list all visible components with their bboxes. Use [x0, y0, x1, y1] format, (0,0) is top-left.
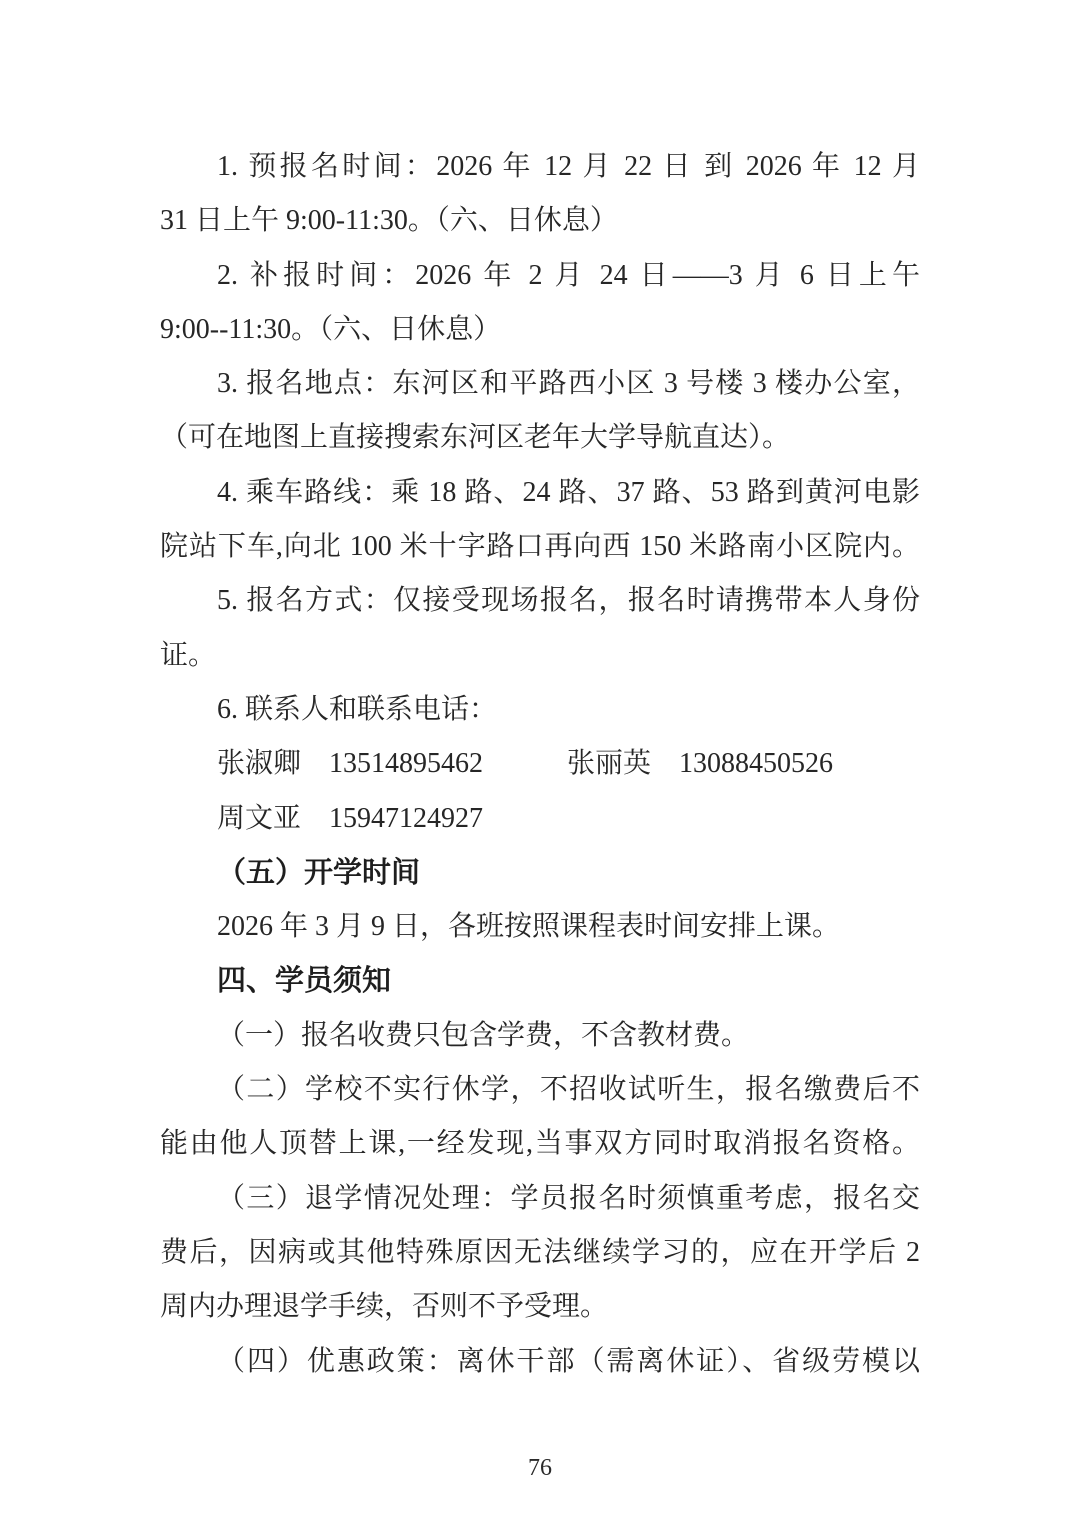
- text-line: 周文亚 15947124927: [160, 792, 920, 846]
- text-line: 院站下车,向北 100 米十字路口再向西 150 米路南小区院内。: [160, 520, 920, 574]
- text-line: 2. 补报时间：2026 年 2 月 24 日——3 月 6 日上午: [160, 249, 920, 303]
- text-line: 周内办理退学手续，否则不予受理。: [160, 1280, 920, 1334]
- text-line: 证。: [160, 629, 920, 683]
- text-line: （四）优惠政策：离休干部（需离休证）、省级劳模以: [160, 1335, 920, 1389]
- text-line: 9:00--11:30。（六、日休息）: [160, 303, 920, 357]
- text-line: （一）报名收费只包含学费，不含教材费。: [160, 1009, 920, 1063]
- document-page: 1. 预报名时间：2026 年 12 月 22 日 到 2026 年 12 月3…: [0, 0, 1080, 1527]
- text-line: （二）学校不实行休学，不招收试听生，报名缴费后不: [160, 1063, 920, 1117]
- text-line: 能由他人顶替上课,一经发现,当事双方同时取消报名资格。: [160, 1117, 920, 1171]
- page-number: 76: [0, 1455, 1080, 1482]
- heading-line: 四、学员须知: [160, 954, 920, 1008]
- text-line: （可在地图上直接搜索东河区老年大学导航直达）。: [160, 411, 920, 465]
- text-line: 费后，因病或其他特殊原因无法继续学习的，应在开学后 2: [160, 1226, 920, 1280]
- text-line: 4. 乘车路线：乘 18 路、24 路、37 路、53 路到黄河电影: [160, 466, 920, 520]
- text-line: 3. 报名地点：东河区和平路西小区 3 号楼 3 楼办公室，: [160, 357, 920, 411]
- document-body: 1. 预报名时间：2026 年 12 月 22 日 到 2026 年 12 月3…: [160, 140, 920, 1389]
- text-line: 5. 报名方式：仅接受现场报名，报名时请携带本人身份: [160, 574, 920, 628]
- text-line: 31 日上午 9:00-11:30。（六、日休息）: [160, 194, 920, 248]
- heading-line: （五）开学时间: [160, 846, 920, 900]
- text-line: 2026 年 3 月 9 日，各班按照课程表时间安排上课。: [160, 900, 920, 954]
- text-line: 张淑卿 13514895462 张丽英 13088450526: [160, 737, 920, 791]
- text-line: 6. 联系人和联系电话：: [160, 683, 920, 737]
- text-line: （三）退学情况处理：学员报名时须慎重考虑，报名交: [160, 1172, 920, 1226]
- text-line: 1. 预报名时间：2026 年 12 月 22 日 到 2026 年 12 月: [160, 140, 920, 194]
